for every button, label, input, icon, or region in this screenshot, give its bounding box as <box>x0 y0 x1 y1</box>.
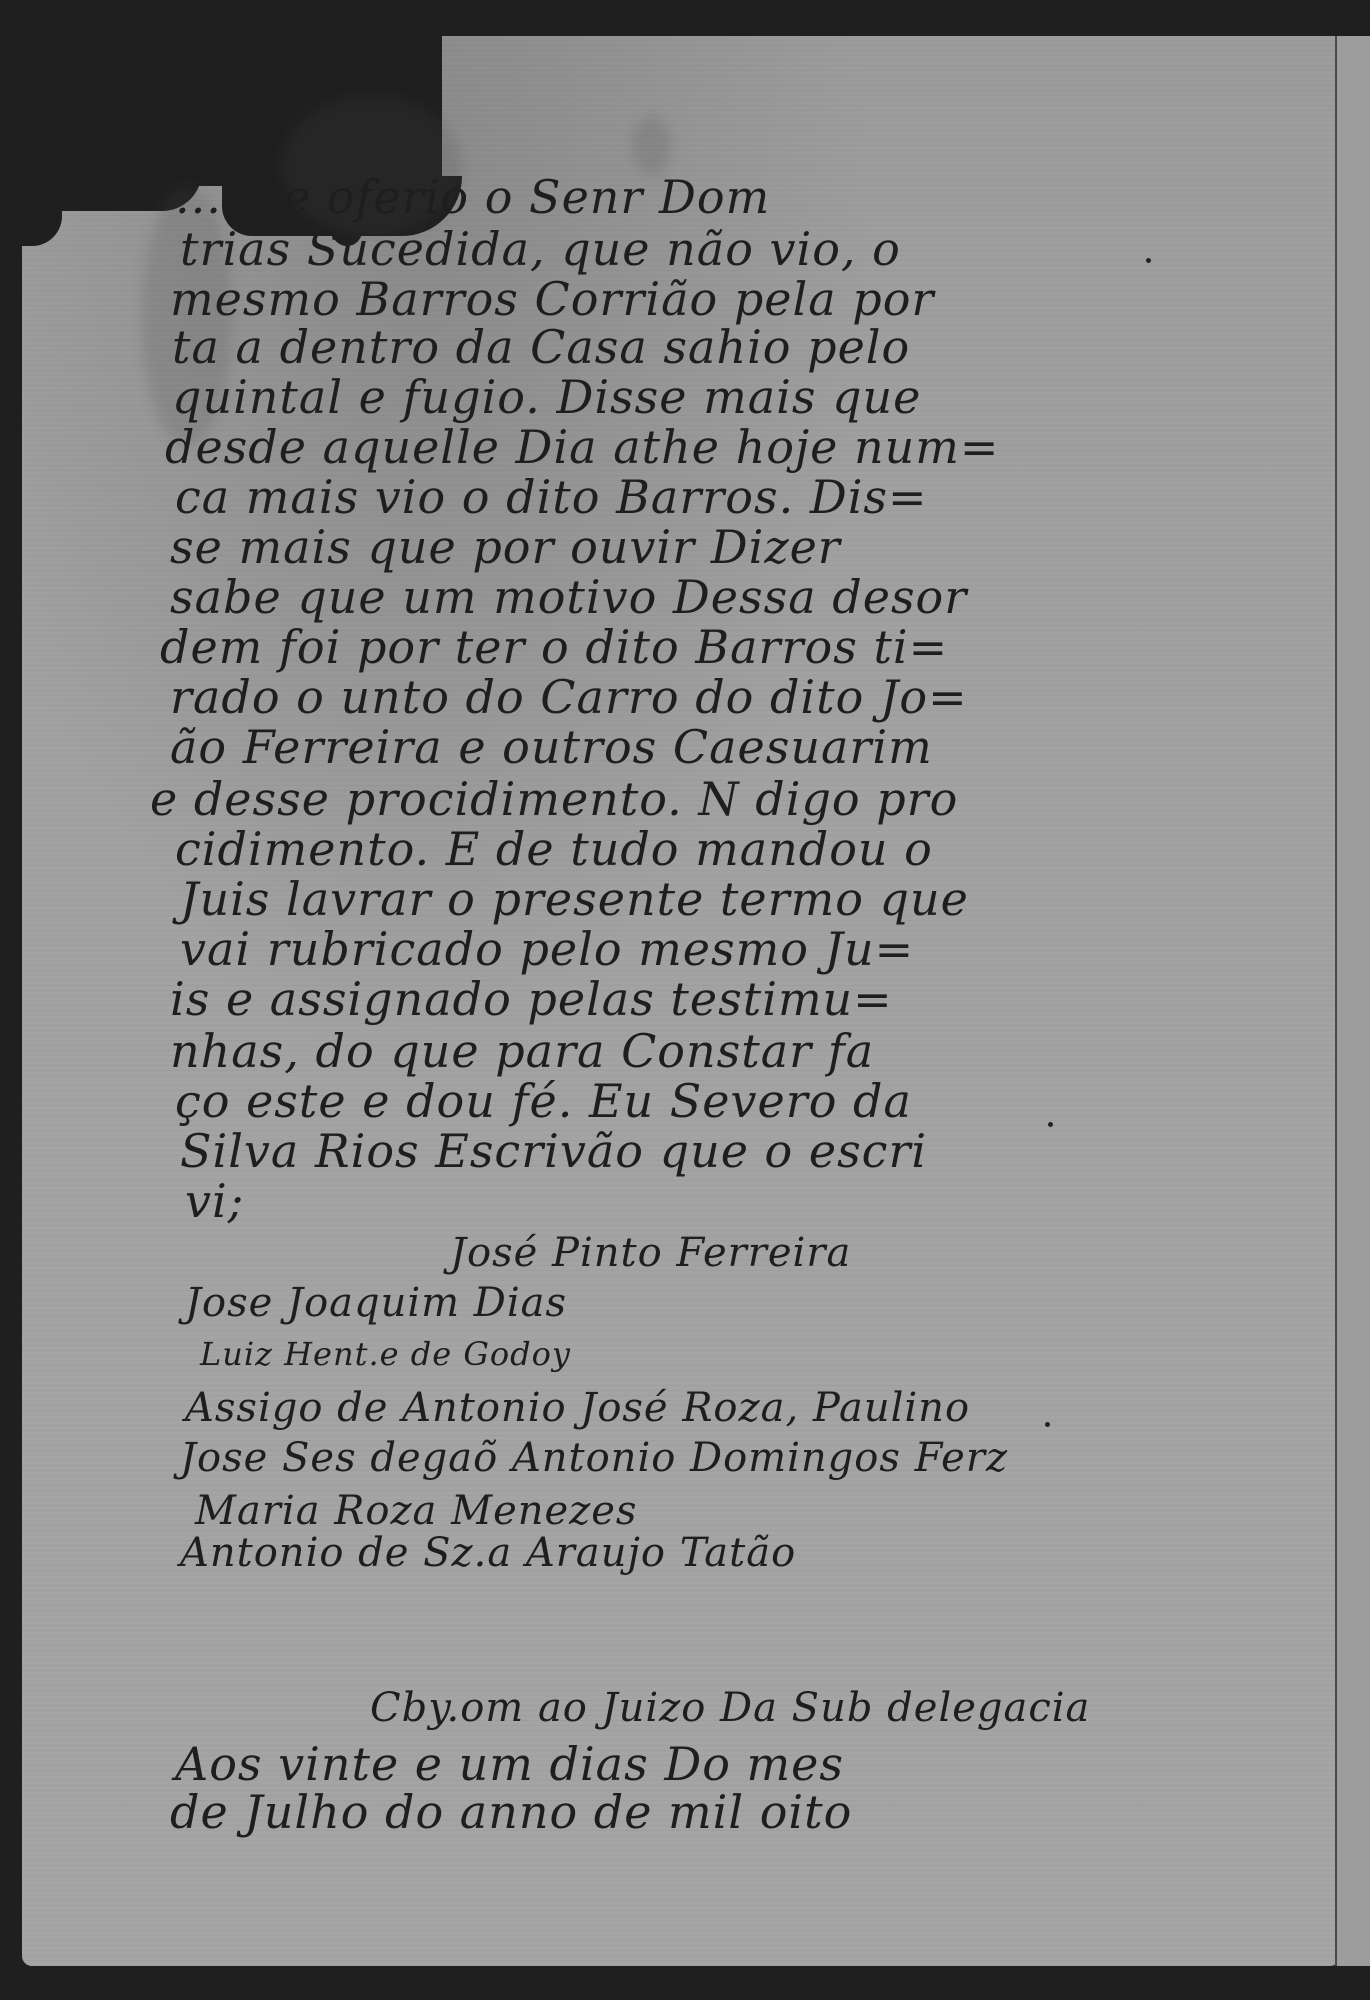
signature-maria-roza-menezes: Maria Roza Menezes <box>195 1488 637 1534</box>
body-line: cidimento. E de tudo mandou o <box>175 822 933 876</box>
body-line: trias Sucedida, que não vio, o <box>180 222 901 276</box>
signature-jose-pinto-ferreira: José Pinto Ferreira <box>450 1230 851 1276</box>
body-line: e desse procidimento. N digo pro <box>150 772 958 826</box>
signature-line: Assigo de Antonio José Roza, Paulino <box>185 1385 970 1431</box>
manuscript-text: ...que oferio o Senr Dom trias Sucedida,… <box>0 0 1370 2000</box>
body-line: desde aquelle Dia athe hoje num= <box>165 420 999 474</box>
body-line: ão Ferreira e outros Caesuarim <box>170 720 933 774</box>
signature-jose-joaquim-dias: Jose Joaquim Dias <box>185 1280 567 1326</box>
closing-heading: Cby.om ao Juizo Da Sub delegacia <box>370 1685 1090 1731</box>
body-line: ço este e dou fé. Eu Severo da <box>175 1074 912 1128</box>
body-line: dem foi por ter o dito Barros ti= <box>160 620 948 674</box>
body-line: quintal e fugio. Disse mais que <box>172 370 921 424</box>
body-line: vai rubricado pelo mesmo Ju= <box>180 922 914 976</box>
signature-luiz-godoy: Luiz Hent.e de Godoy <box>200 1335 571 1373</box>
body-line: rado o unto do Carro do dito Jo= <box>170 670 968 724</box>
signature-line: Jose Ses degaõ Antonio Domingos Ferz <box>180 1435 1008 1481</box>
body-line: sabe que um motivo Dessa desor <box>170 570 967 624</box>
closing-line: Aos vinte e um dias Do mes <box>175 1737 844 1791</box>
body-line: Juis lavrar o presente termo que <box>180 872 969 926</box>
body-line: se mais que por ouvir Dizer <box>170 520 841 574</box>
signature-antonio-araujo: Antonio de Sz.a Araujo Tatão <box>180 1530 796 1576</box>
body-line: is e assignado pelas testimu= <box>170 972 893 1026</box>
body-line: ta a dentro da Casa sahio pelo <box>172 320 910 374</box>
body-line: vi; <box>185 1174 244 1228</box>
body-line: ...que oferio o Senr Dom <box>175 170 770 224</box>
body-line: nhas, do que para Constar fa <box>170 1024 874 1078</box>
body-line: ca mais vio o dito Barros. Dis= <box>175 470 928 524</box>
body-line: mesmo Barros Corrião pela por <box>170 272 934 326</box>
closing-line: de Julho do anno de mil oito <box>170 1785 852 1839</box>
body-line: Silva Rios Escrivão que o escri <box>180 1124 927 1178</box>
